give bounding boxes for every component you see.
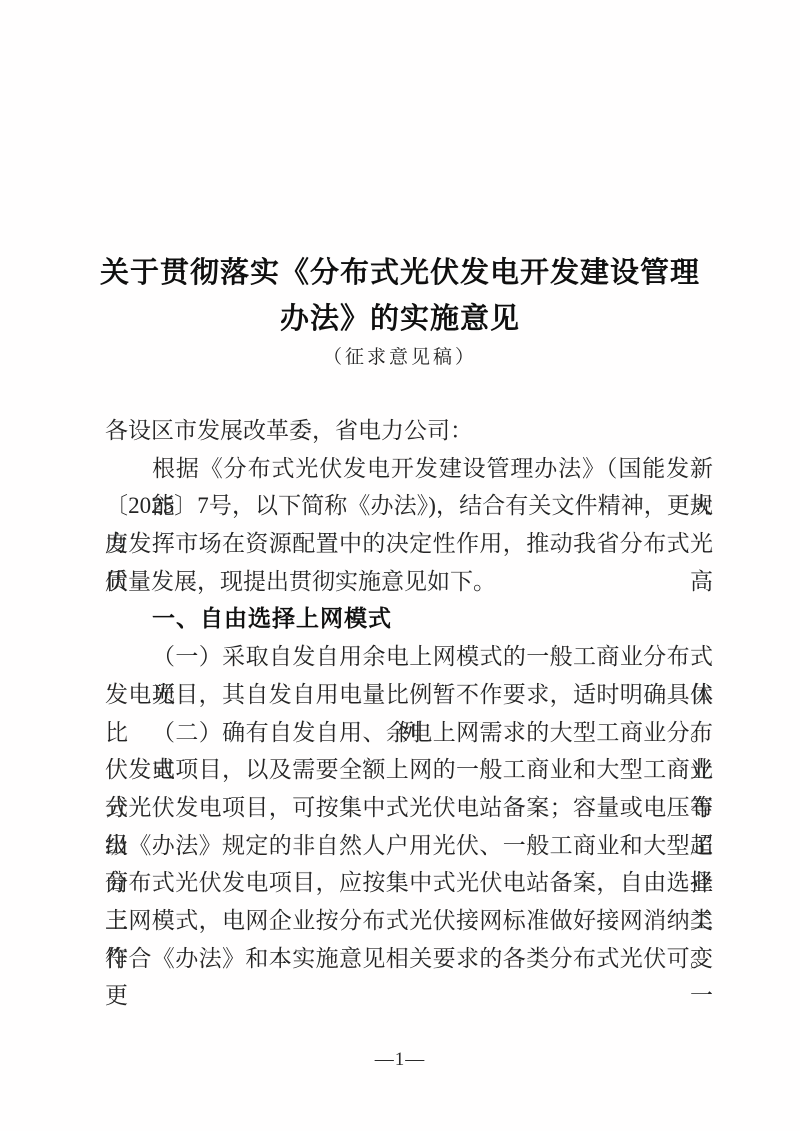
title-line-2: 办法》的实施意见 <box>0 296 800 342</box>
body-line: 根据《分布式光伏发电开发建设管理办法》（国能发新能规 <box>105 450 713 488</box>
document-subtitle: （征求意见稿） <box>0 343 800 373</box>
body-line: 〔2025〕7号，以下简称《办法》)，结合有关文件精神，更大力 <box>105 487 713 525</box>
body-line: 式光伏发电项目，可按集中式光伏电站备案；容量或电压等级超 <box>105 789 713 827</box>
document-title: 关于贯彻落实《分布式光伏发电开发建设管理 办法》的实施意见 <box>0 250 800 342</box>
title-line-1: 关于贯彻落实《分布式光伏发电开发建设管理 <box>0 250 800 296</box>
salutation-line: 各设区市发展改革委，省电力公司： <box>105 412 713 450</box>
body-line: 符合《办法》和本实施意见相关要求的各类分布式光伏可变更一 <box>105 940 713 978</box>
section-heading: 一、自由选择上网模式 <box>105 600 713 638</box>
body-line: 出《办法》规定的非自然人户用光伏、一般工商业和大型工商业 <box>105 827 713 865</box>
body-line: 伏发电项目，以及需要全额上网的一般工商业和大型工商业分布 <box>105 751 713 789</box>
body-line: 上网模式，电网企业按分布式光伏接网标准做好接网消纳工作。 <box>105 902 713 940</box>
document-page: 关于贯彻落实《分布式光伏发电开发建设管理 办法》的实施意见 （征求意见稿） 各设… <box>0 0 800 1131</box>
body-line: （二）确有自发自用、余电上网需求的大型工商业分布式光 <box>105 714 713 752</box>
document-body: 各设区市发展改革委，省电力公司： 根据《分布式光伏发电开发建设管理办法》（国能发… <box>105 412 713 977</box>
body-line: 分布式光伏发电项目，应按集中式光伏电站备案，自由选择三类 <box>105 864 713 902</box>
body-line: 发电项目，其自发自用电量比例暂不作要求，适时明确具体比例。 <box>105 676 713 714</box>
body-line: （一）采取自发自用余电上网模式的一般工商业分布式光伏 <box>105 638 713 676</box>
body-line: 度发挥市场在资源配置中的决定性作用，推动我省分布式光伏高 <box>105 525 713 563</box>
page-number: —1— <box>0 1046 800 1074</box>
